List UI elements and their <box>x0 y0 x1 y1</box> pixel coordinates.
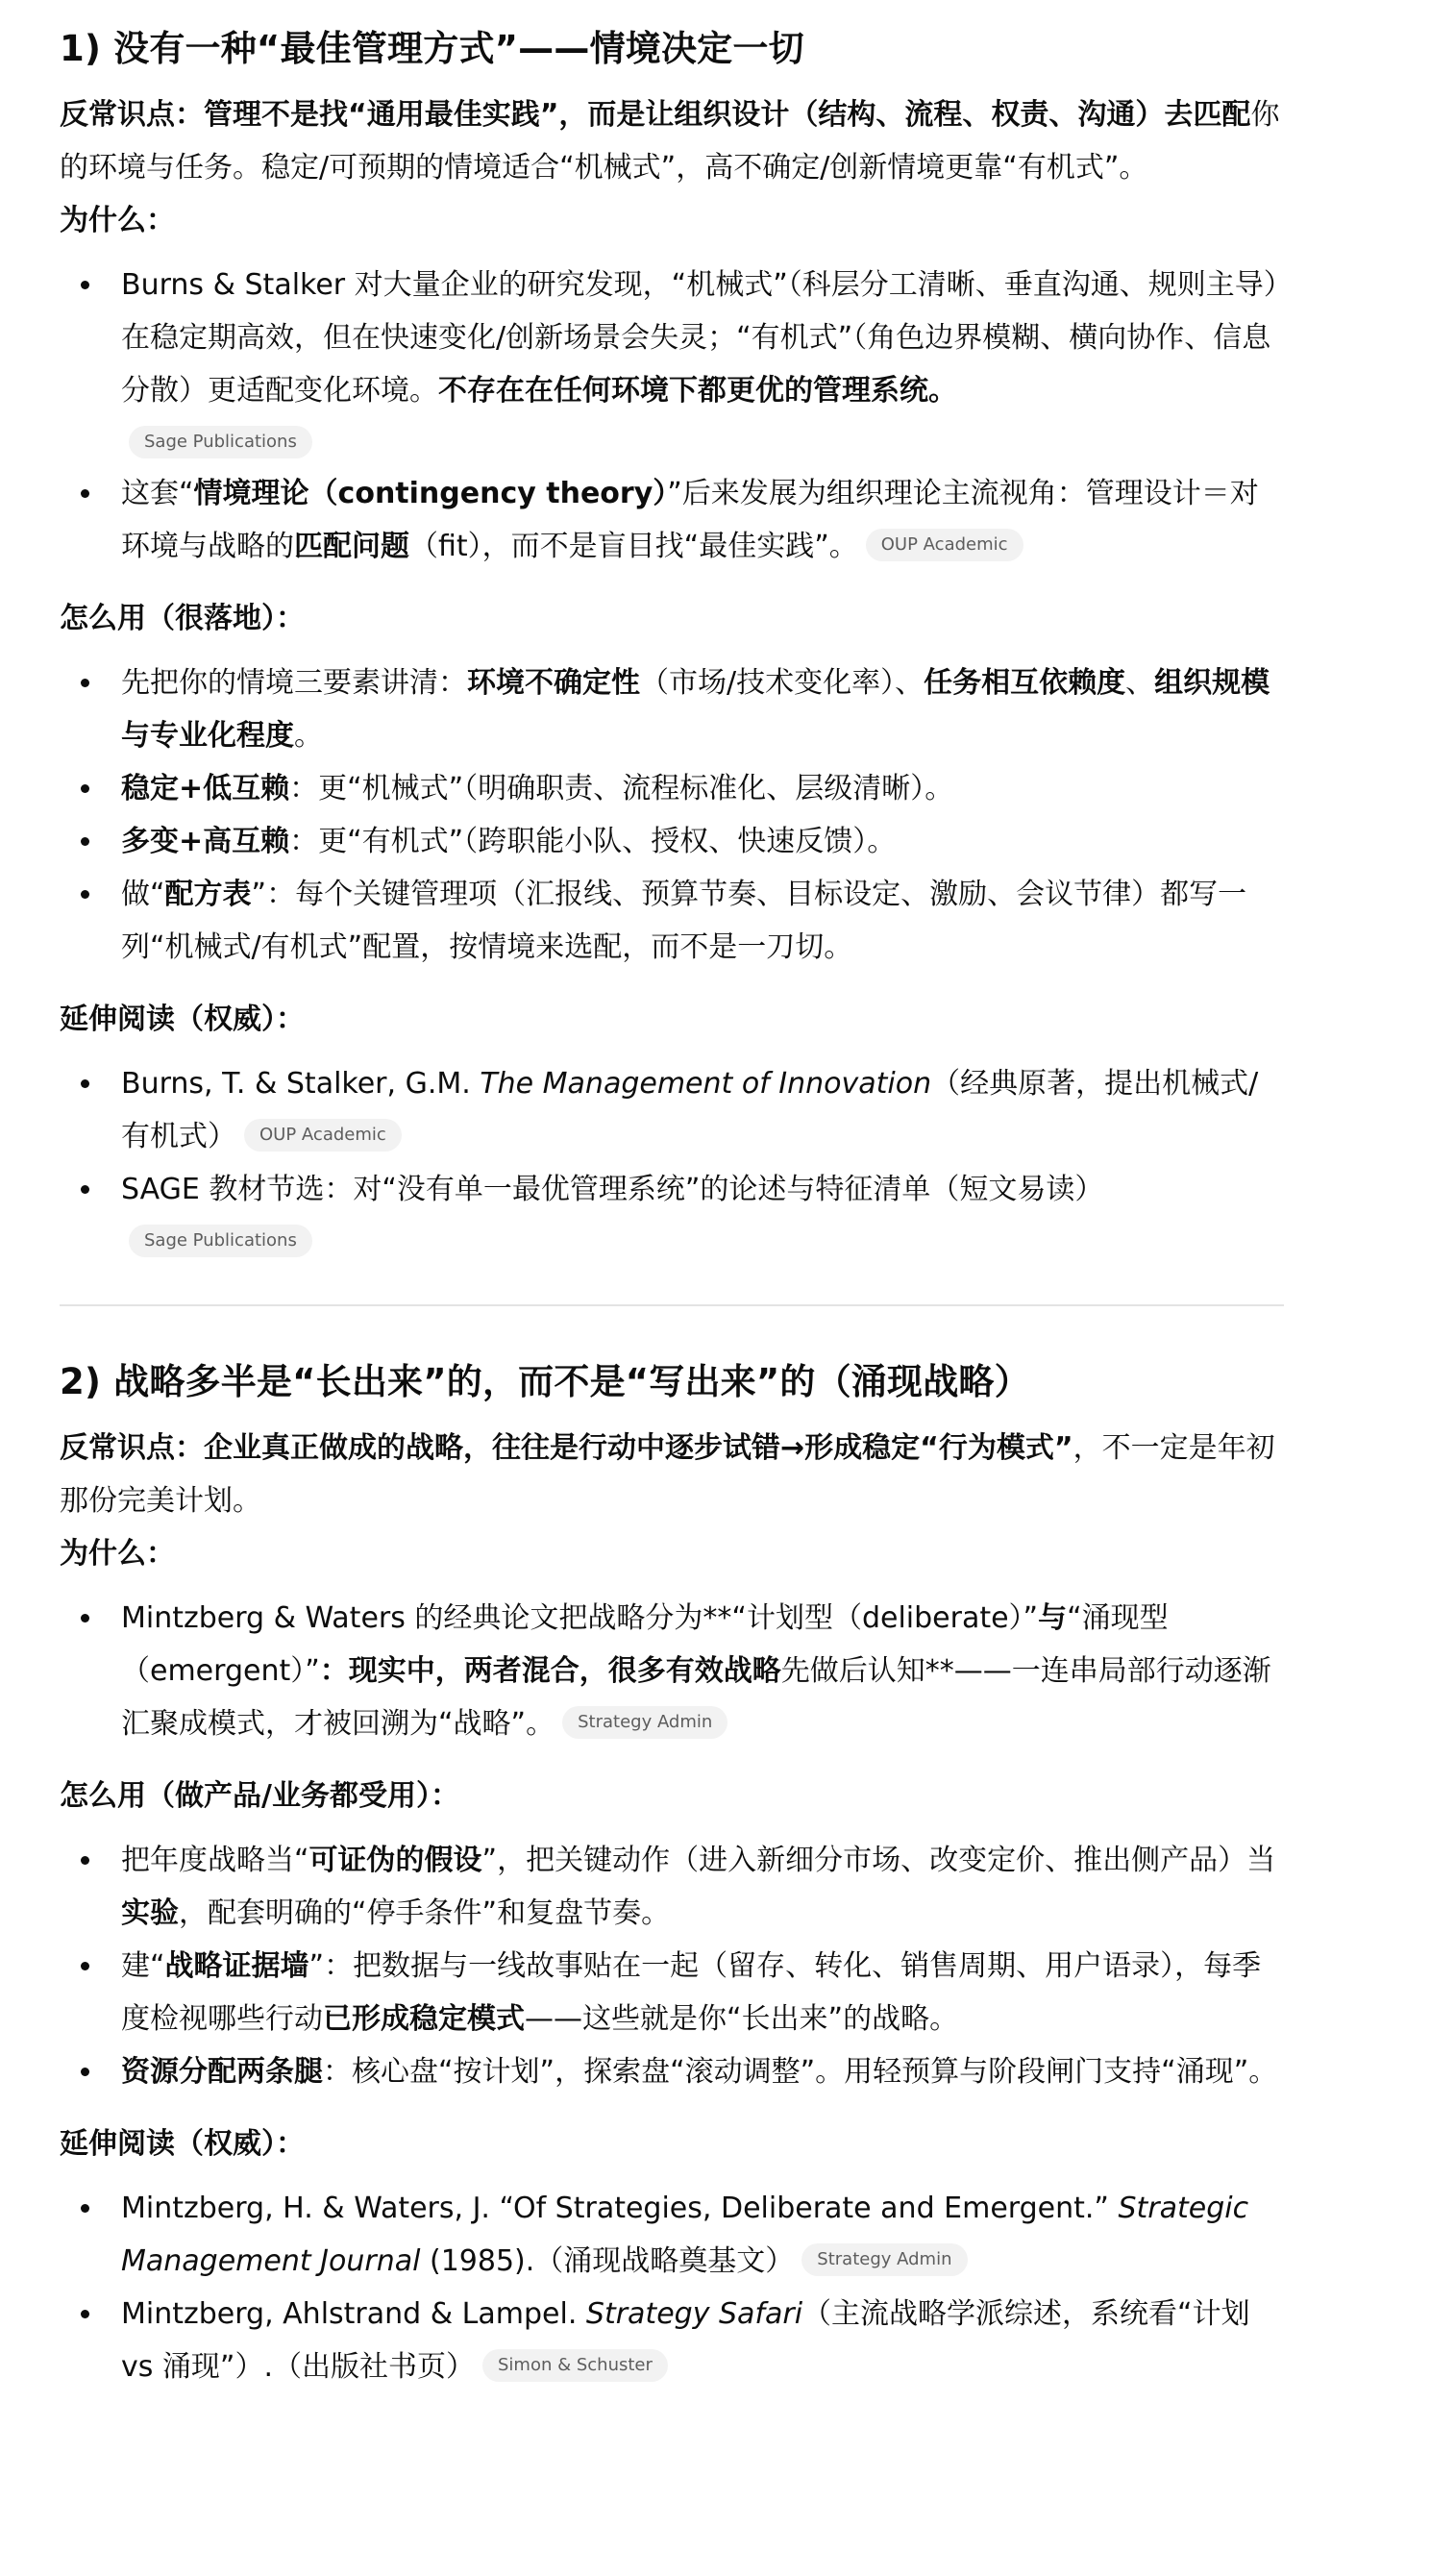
source-chip[interactable]: Sage Publications <box>129 426 312 458</box>
document: 1) 没有一种“最佳管理方式”——情境决定一切 反常识点：管理不是找“通用最佳实… <box>0 0 1430 2451</box>
why-label: 为什么： <box>60 1527 1284 1580</box>
bullet-icon <box>81 2068 89 2076</box>
reading-list: Mintzberg, H. & Waters, J. “Of Strategie… <box>60 2182 1284 2393</box>
lead-paragraph: 反常识点：企业真正做成的战略，往往是行动中逐步试错→形成稳定“行为模式”，不一定… <box>60 1422 1284 1527</box>
section-title: 1) 没有一种“最佳管理方式”——情境决定一切 <box>60 19 1284 79</box>
list-item: 资源分配两条腿：核心盘“按计划”，探索盘“滚动调整”。用轻预算与阶段闸门支持“涌… <box>60 2045 1284 2098</box>
source-chip[interactable]: Strategy Admin <box>801 2243 967 2276</box>
bullet-icon <box>81 1962 89 1970</box>
source-chip[interactable]: OUP Academic <box>866 529 1023 561</box>
why-list: Mintzberg & Waters 的经典论文把战略分为**“计划型（deli… <box>60 1592 1284 1750</box>
why-list: Burns & Stalker 对大量企业的研究发现，“机械式”（科层分工清晰、… <box>60 259 1284 573</box>
bullet-icon <box>81 1185 89 1194</box>
howto-list: 把年度战略当“可证伪的假设”，把关键动作（进入新细分市场、改变定价、推出侧产品）… <box>60 1834 1284 2098</box>
list-item: 先把你的情境三要素讲清：环境不确定性（市场/技术变化率）、任务相互依赖度、组织规… <box>60 656 1284 762</box>
why-label: 为什么： <box>60 194 1284 247</box>
reading-label: 延伸阅读（权威）： <box>60 2118 1284 2170</box>
lead-label: 反常识点： <box>60 98 204 132</box>
list-item: 稳定+低互赖：更“机械式”（明确职责、流程标准化、层级清晰）。 <box>60 762 1284 815</box>
bullet-icon <box>81 1614 89 1622</box>
lead-bold: 企业真正做成的战略，往往是行动中逐步试错→形成稳定“行为模式” <box>204 1431 1073 1465</box>
bullet-icon <box>81 489 89 498</box>
list-item: Mintzberg, Ahlstrand & Lampel. Strategy … <box>60 2288 1284 2393</box>
lead-bold: 管理不是找“通用最佳实践”，而是让组织设计（结构、流程、权责、沟通）去匹配 <box>204 98 1250 132</box>
reading-label: 延伸阅读（权威）： <box>60 993 1284 1046</box>
howto-list: 先把你的情境三要素讲清：环境不确定性（市场/技术变化率）、任务相互依赖度、组织规… <box>60 656 1284 974</box>
section-emergent-strategy: 2) 战略多半是“长出来”的，而不是“写出来”的（涌现战略） 反常识点：企业真正… <box>60 1352 1284 2393</box>
bullet-icon <box>81 679 89 687</box>
reading-list: Burns, T. & Stalker, G.M. The Management… <box>60 1057 1284 1266</box>
lead-label: 反常识点： <box>60 1431 204 1465</box>
bullet-icon <box>81 1856 89 1865</box>
bullet-icon <box>81 1079 89 1088</box>
list-item: Mintzberg, H. & Waters, J. “Of Strategie… <box>60 2182 1284 2288</box>
howto-label: 怎么用（很落地）： <box>60 592 1284 645</box>
bullet-icon <box>81 281 89 289</box>
source-chip[interactable]: Strategy Admin <box>562 1706 727 1739</box>
source-chip[interactable]: Sage Publications <box>129 1225 312 1257</box>
list-item: 把年度战略当“可证伪的假设”，把关键动作（进入新细分市场、改变定价、推出侧产品）… <box>60 1834 1284 1940</box>
list-item: SAGE 教材节选：对“没有单一最优管理系统”的论述与特征清单（短文易读） Sa… <box>60 1163 1284 1266</box>
section-divider <box>60 1304 1284 1306</box>
howto-label: 怎么用（做产品/业务都受用）： <box>60 1770 1284 1822</box>
list-item: 多变+高互赖：更“有机式”（跨职能小队、授权、快速反馈）。 <box>60 815 1284 868</box>
bullet-icon <box>81 2204 89 2213</box>
source-chip[interactable]: Simon & Schuster <box>482 2349 668 2382</box>
list-item: 这套“情境理论（contingency theory）”后来发展为组织理论主流视… <box>60 467 1284 573</box>
lead-paragraph: 反常识点：管理不是找“通用最佳实践”，而是让组织设计（结构、流程、权责、沟通）去… <box>60 88 1284 194</box>
list-item: Mintzberg & Waters 的经典论文把战略分为**“计划型（deli… <box>60 1592 1284 1750</box>
bullet-icon <box>81 837 89 846</box>
section-title: 2) 战略多半是“长出来”的，而不是“写出来”的（涌现战略） <box>60 1352 1284 1412</box>
section-contingency: 1) 没有一种“最佳管理方式”——情境决定一切 反常识点：管理不是找“通用最佳实… <box>60 19 1284 1266</box>
bullet-icon <box>81 2310 89 2318</box>
list-item: 做“配方表”：每个关键管理项（汇报线、预算节奏、目标设定、激励、会议节律）都写一… <box>60 868 1284 974</box>
bullet-icon <box>81 784 89 793</box>
source-chip[interactable]: OUP Academic <box>244 1119 402 1152</box>
list-item: Burns, T. & Stalker, G.M. The Management… <box>60 1057 1284 1163</box>
list-item: Burns & Stalker 对大量企业的研究发现，“机械式”（科层分工清晰、… <box>60 259 1284 467</box>
list-item: 建“战略证据墙”：把数据与一线故事贴在一起（留存、转化、销售周期、用户语录），每… <box>60 1940 1284 2045</box>
bullet-icon <box>81 890 89 899</box>
